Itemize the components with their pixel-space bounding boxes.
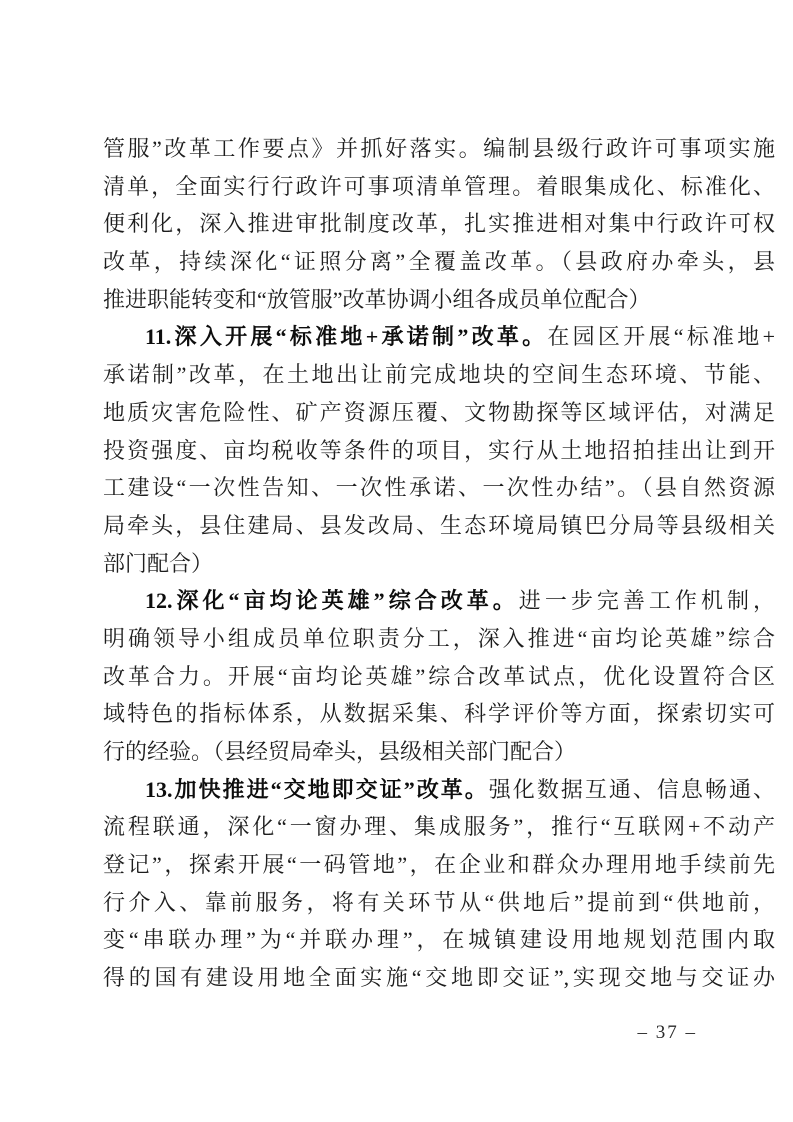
text-segment: 在园区开展“标准地+: [547, 324, 775, 349]
text-line: 地质灾害危险性、矿产资源压覆、文物勘探等区域评估，对满足: [103, 394, 775, 432]
text-segment: 登记”，探索开展“一码管地”，在企业和群众办理用地手续前先: [103, 852, 775, 877]
text-line: 行介入、靠前服务，将有关环节从“供地后”提前到“供地前，: [103, 884, 775, 922]
text-line: 得的国有建设用地全面实施“交地即交证”,实现交地与交证办: [103, 959, 775, 997]
text-segment: 改革，持续深化“证照分离”全覆盖改革。（县政府办牵头，县: [103, 249, 775, 274]
text-line: 登记”，探索开展“一码管地”，在企业和群众办理用地手续前先: [103, 846, 775, 884]
item-heading: 13.加快推进“交地即交证”改革。: [145, 777, 489, 802]
text-line: 局牵头，县住建局、县发改局、生态环境局镇巴分局等县级相关: [103, 507, 775, 545]
text-segment: 推进职能转变和“放管服”改革协调小组各成员单位配合）: [103, 287, 651, 312]
text-segment: 明确领导小组成员单位职责分工，深入推进“亩均论英雄”综合: [103, 626, 775, 651]
text-line: 便利化，深入推进审批制度改革，扎实推进相对集中行政许可权: [103, 205, 775, 243]
paragraph-item-12: 12.深化“亩均论英雄”综合改革。进一步完善工作机制，明确领导小组成员单位职责分…: [103, 582, 775, 770]
text-segment: 域特色的指标体系，从数据采集、科学评价等方面，探索切实可: [103, 701, 775, 726]
text-line: 行的经验。（县经贸局牵头，县级相关部门配合）: [103, 733, 775, 771]
text-line: 管服”改革工作要点》并抓好落实。编制县级行政许可事项实施: [103, 130, 775, 168]
text-line: 投资强度、亩均税收等条件的项目，实行从土地招拍挂出让到开: [103, 432, 775, 470]
item-heading: 12.深化“亩均论英雄”综合改革。: [145, 588, 519, 613]
text-segment: 便利化，深入推进审批制度改革，扎实推进相对集中行政许可权: [103, 211, 775, 236]
page-number: – 37 –: [638, 1022, 698, 1044]
text-line: 清单，全面实行行政许可事项清单管理。着眼集成化、标准化、: [103, 168, 775, 206]
text-line: 11.深入开展“标准地+承诺制”改革。在园区开展“标准地+: [103, 318, 775, 356]
text-segment: 管服”改革工作要点》并抓好落实。编制县级行政许可事项实施: [103, 136, 775, 161]
text-segment: 进一步完善工作机制，: [519, 588, 775, 613]
text-line: 改革，持续深化“证照分离”全覆盖改革。（县政府办牵头，县: [103, 243, 775, 281]
text-line: 推进职能转变和“放管服”改革协调小组各成员单位配合）: [103, 281, 775, 319]
document-body: 管服”改革工作要点》并抓好落实。编制县级行政许可事项实施清单，全面实行行政许可事…: [103, 130, 775, 997]
paragraph-item-11: 11.深入开展“标准地+承诺制”改革。在园区开展“标准地+承诺制”改革，在土地出…: [103, 318, 775, 582]
text-segment: 行介入、靠前服务，将有关环节从“供地后”提前到“供地前，: [103, 890, 775, 915]
text-segment: 改革合力。开展“亩均论英雄”综合改革试点，优化设置符合区: [103, 664, 775, 689]
text-line: 变“串联办理”为“并联办理”，在城镇建设用地规划范围内取: [103, 921, 775, 959]
item-heading: 11.深入开展“标准地+承诺制”改革。: [145, 324, 547, 349]
text-line: 改革合力。开展“亩均论英雄”综合改革试点，优化设置符合区: [103, 658, 775, 696]
text-segment: 工建设“一次性告知、一次性承诺、一次性办结”。（县自然资源: [103, 475, 775, 500]
text-segment: 地质灾害危险性、矿产资源压覆、文物勘探等区域评估，对满足: [103, 400, 775, 425]
text-segment: 变“串联办理”为“并联办理”，在城镇建设用地规划范围内取: [103, 927, 775, 952]
text-segment: 流程联通，深化“一窗办理、集成服务”，推行“互联网+不动产: [103, 814, 775, 839]
text-segment: 得的国有建设用地全面实施“交地即交证”,实现交地与交证办: [103, 965, 775, 990]
text-segment: 投资强度、亩均税收等条件的项目，实行从土地招拍挂出让到开: [103, 438, 775, 463]
text-line: 流程联通，深化“一窗办理、集成服务”，推行“互联网+不动产: [103, 808, 775, 846]
paragraph-item-10-continuation: 管服”改革工作要点》并抓好落实。编制县级行政许可事项实施清单，全面实行行政许可事…: [103, 130, 775, 318]
text-segment: 承诺制”改革，在土地出让前完成地块的空间生态环境、节能、: [103, 362, 775, 387]
text-segment: 部门配合）: [103, 551, 213, 576]
text-line: 承诺制”改革，在土地出让前完成地块的空间生态环境、节能、: [103, 356, 775, 394]
text-segment: 局牵头，县住建局、县发改局、生态环境局镇巴分局等县级相关: [103, 513, 775, 538]
text-line: 工建设“一次性告知、一次性承诺、一次性办结”。（县自然资源: [103, 469, 775, 507]
document-page: 管服”改革工作要点》并抓好落实。编制县级行政许可事项实施清单，全面实行行政许可事…: [0, 0, 793, 1122]
text-segment: 强化数据互通、信息畅通、: [489, 777, 775, 802]
text-segment: 清单，全面实行行政许可事项清单管理。着眼集成化、标准化、: [103, 174, 775, 199]
text-line: 13.加快推进“交地即交证”改革。强化数据互通、信息畅通、: [103, 771, 775, 809]
text-line: 12.深化“亩均论英雄”综合改革。进一步完善工作机制，: [103, 582, 775, 620]
text-line: 部门配合）: [103, 545, 775, 583]
text-segment: 行的经验。（县经贸局牵头，县级相关部门配合）: [103, 739, 576, 764]
paragraph-item-13: 13.加快推进“交地即交证”改革。强化数据互通、信息畅通、流程联通，深化“一窗办…: [103, 771, 775, 997]
text-line: 域特色的指标体系，从数据采集、科学评价等方面，探索切实可: [103, 695, 775, 733]
text-line: 明确领导小组成员单位职责分工，深入推进“亩均论英雄”综合: [103, 620, 775, 658]
